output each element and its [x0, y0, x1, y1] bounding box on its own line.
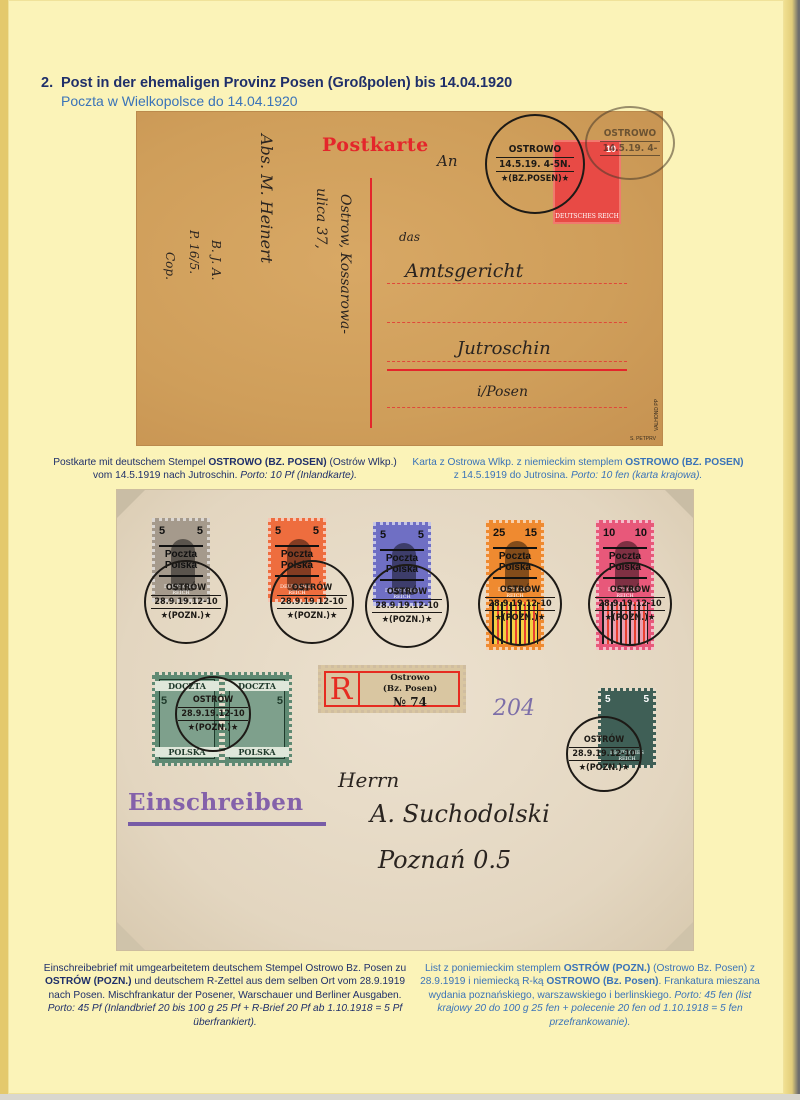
- envelope-address-2: A. Suchodolski: [370, 800, 550, 828]
- caption-envelope-de: Einschreibebrief mit umgearbeitetem deut…: [42, 962, 408, 1029]
- handwritten-sender-2: ulica 37,: [313, 188, 329, 249]
- postmark-ostrow-pozn: OSTRÓW 28.9.19.12-10 ★(POZN.)★: [175, 676, 251, 752]
- postmark-ostrow-pozn: OSTRÓW28.9.19.12-10★(POZN.)★: [144, 560, 228, 644]
- handwritten-sender-3: Abs. M. Heinert: [257, 134, 276, 263]
- heading-title-de: 2.Post in der ehemaligen Provinz Posen (…: [41, 75, 512, 91]
- handwritten-address-2: das: [399, 230, 420, 244]
- envelope-address-1: Herrn: [338, 768, 399, 792]
- caption-postcard-pl: Karta z Ostrowa Wlkp. z niemieckim stemp…: [410, 456, 746, 483]
- printer-mark-vertical: VALHOND PP: [654, 399, 660, 431]
- postmark-ostrow-pozn: OSTRÓW28.9.19.12-10★(POZN.)★: [478, 562, 562, 646]
- section-heading: 2.Post in der ehemaligen Provinz Posen (…: [41, 75, 512, 109]
- einschreiben-handstamp: Einschreiben: [128, 789, 304, 816]
- heading-title-pl: Poczta w Wielkopolsce do 14.04.1920: [61, 93, 512, 109]
- page-right-edge: [784, 0, 800, 1100]
- postmark-ostrow-pozn-2: OSTRÓW 28.9.19.12-10 ★(POZN.)★: [566, 716, 642, 792]
- postmark-ostrowo: OSTROWO 14.5.19. 4-5N. ★(BZ.POSEN)★: [485, 114, 585, 214]
- postcard-image: Postkarte 10 DEUTSCHES REICH OSTROWO 14.…: [137, 112, 662, 445]
- registration-letter: R: [324, 671, 360, 707]
- mount-corner: [117, 490, 145, 518]
- envelope-address-3: Poznań 0.5: [378, 846, 511, 874]
- address-line: [387, 407, 627, 408]
- address-line: [387, 361, 627, 362]
- handwritten-address-5: i/Posen: [477, 384, 528, 400]
- postmark-ostrowo-second: OSTROWO 14.5.19. 4-: [585, 106, 675, 180]
- printer-mark: S. PETPRV: [630, 436, 656, 442]
- handwritten-note-1: B. J. A.: [209, 240, 223, 280]
- registration-label: R Ostrowo (Bz. Posen) № 74: [318, 665, 466, 713]
- address-line: [387, 283, 627, 284]
- handwritten-address-1: An: [437, 152, 458, 170]
- handwritten-note-2: P. 16/5.: [187, 230, 201, 274]
- mount-corner: [117, 922, 145, 950]
- postmark-ostrow-pozn: OSTRÓW28.9.19.12-10★(POZN.)★: [270, 560, 354, 644]
- caption-envelope-pl: List z poniemieckim stemplem OSTRÓW (POZ…: [420, 962, 760, 1029]
- stamp-caption: DEUTSCHES REICH: [555, 213, 619, 220]
- einschreiben-underline: [128, 822, 326, 826]
- postcard-divider-line: [370, 178, 372, 428]
- r-label-number: № 74: [361, 697, 459, 708]
- mount-corner: [665, 922, 693, 950]
- caption-postcard-de: Postkarte mit deutschem Stempel OSTROWO …: [52, 456, 398, 483]
- r-label-town: Ostrowo: [361, 673, 459, 684]
- r-label-district: (Bz. Posen): [361, 684, 459, 695]
- handwritten-sender-1: Ostrow, Kossarowa-: [337, 194, 353, 334]
- mount-corner: [665, 490, 693, 518]
- postmark-ostrow-pozn: OSTRÓW28.9.19.12-10★(POZN.)★: [588, 562, 672, 646]
- postcard-printed-title: Postkarte: [322, 134, 429, 156]
- pencil-number: 204: [493, 696, 535, 721]
- album-binding-edge: [0, 0, 8, 1100]
- page-bottom-edge: [0, 1094, 800, 1100]
- section-number: 2.: [41, 75, 61, 91]
- address-underline: [387, 369, 627, 371]
- postmark-ostrow-pozn: OSTRÓW28.9.19.12-10★(POZN.)★: [365, 564, 449, 648]
- handwritten-address-4: Jutroschin: [457, 338, 551, 359]
- address-line: [387, 322, 627, 323]
- handwritten-note-3: Cop.: [163, 252, 177, 280]
- handwritten-address-3: Amtsgericht: [405, 260, 523, 282]
